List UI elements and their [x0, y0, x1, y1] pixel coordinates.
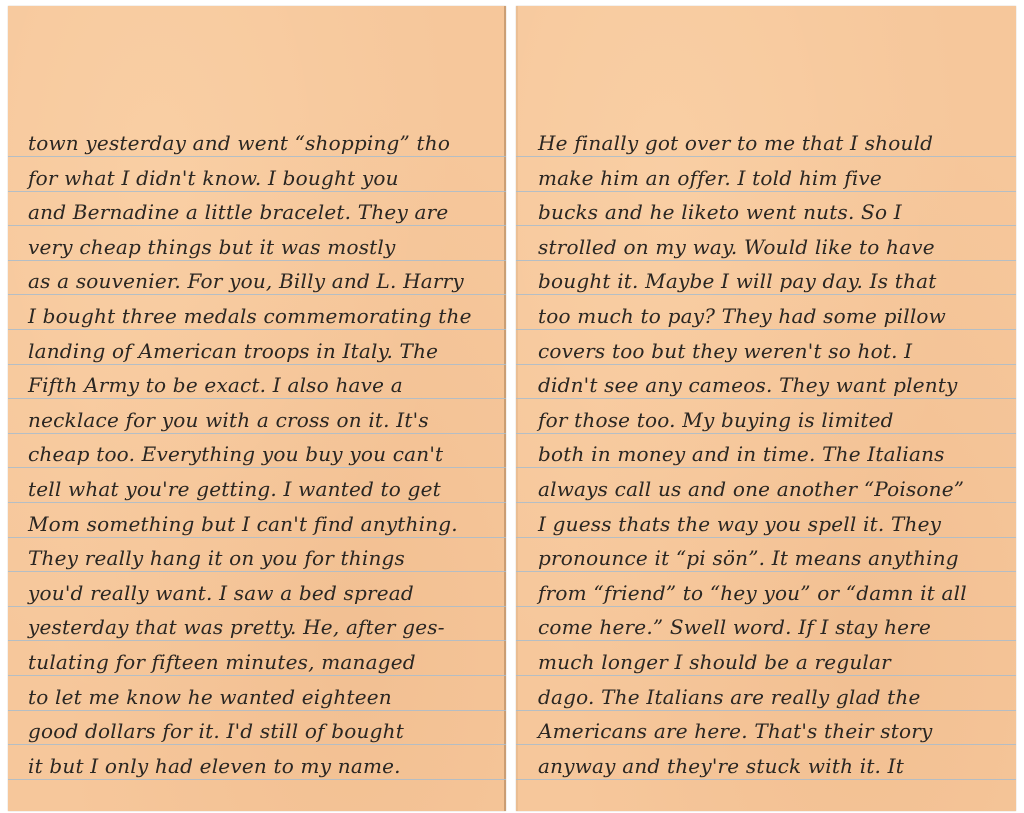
handwritten-line: pronounce it “pi sön”. It means anything: [538, 541, 1010, 575]
handwritten-line: come here.” Swell word. If I stay here: [538, 610, 1010, 644]
page-edge: [516, 6, 518, 811]
handwritten-line: bought it. Maybe I will pay day. Is that: [538, 264, 1010, 298]
handwritten-line: both in money and in time. The Italians: [538, 437, 1010, 471]
handwritten-line: good dollars for it. I'd still of bought: [28, 714, 500, 748]
handwritten-line: make him an offer. I told him five: [538, 161, 1010, 195]
handwritten-line: Americans are here. That's their story: [538, 714, 1010, 748]
handwritten-line: always call us and one another “Poisone”: [538, 472, 1010, 506]
handwritten-line: strolled on my way. Would like to have: [538, 230, 1010, 264]
handwritten-line: cheap too. Everything you buy you can't: [28, 437, 500, 471]
handwritten-line: to let me know he wanted eighteen: [28, 680, 500, 714]
letter-page-right: He finally got over to me that I shouldm…: [516, 6, 1016, 811]
handwritten-line: Fifth Army to be exact. I also have a: [28, 368, 500, 402]
handwritten-line: covers too but they weren't so hot. I: [538, 334, 1010, 368]
handwritten-line: and Bernadine a little bracelet. They ar…: [28, 195, 500, 229]
handwritten-line: didn't see any cameos. They want plenty: [538, 368, 1010, 402]
handwritten-line: tell what you're getting. I wanted to ge…: [28, 472, 500, 506]
handwritten-line: from “friend” to “hey you” or “damn it a…: [538, 576, 1010, 610]
handwritten-line: Mom something but I can't find anything.: [28, 507, 500, 541]
handwritten-line: He finally got over to me that I should: [538, 126, 1010, 160]
handwritten-line: dago. The Italians are really glad the: [538, 680, 1010, 714]
handwritten-line: anyway and they're stuck with it. It: [538, 749, 1010, 783]
handwritten-line: yesterday that was pretty. He, after ges…: [28, 610, 500, 644]
handwritten-line: you'd really want. I saw a bed spread: [28, 576, 500, 610]
handwritten-line: much longer I should be a regular: [538, 645, 1010, 679]
handwritten-line: I bought three medals commemorating the: [28, 299, 500, 333]
handwritten-line: it but I only had eleven to my name.: [28, 749, 500, 783]
handwritten-line: for what I didn't know. I bought you: [28, 161, 500, 195]
handwritten-line: too much to pay? They had some pillow: [538, 299, 1010, 333]
handwritten-line: tulating for fifteen minutes, managed: [28, 645, 500, 679]
handwritten-line: for those too. My buying is limited: [538, 403, 1010, 437]
letter-page-left: town yesterday and went “shopping” thofo…: [8, 6, 506, 811]
handwritten-line: bucks and he liketo went nuts. So I: [538, 195, 1010, 229]
handwritten-line: landing of American troops in Italy. The: [28, 334, 500, 368]
handwritten-line: town yesterday and went “shopping” tho: [28, 126, 500, 160]
handwritten-line: They really hang it on you for things: [28, 541, 500, 575]
handwritten-line: I guess thats the way you spell it. They: [538, 507, 1010, 541]
handwritten-line: necklace for you with a cross on it. It'…: [28, 403, 500, 437]
handwritten-line: as a souvenier. For you, Billy and L. Ha…: [28, 264, 500, 298]
page-edge: [504, 6, 506, 811]
handwritten-line: very cheap things but it was mostly: [28, 230, 500, 264]
